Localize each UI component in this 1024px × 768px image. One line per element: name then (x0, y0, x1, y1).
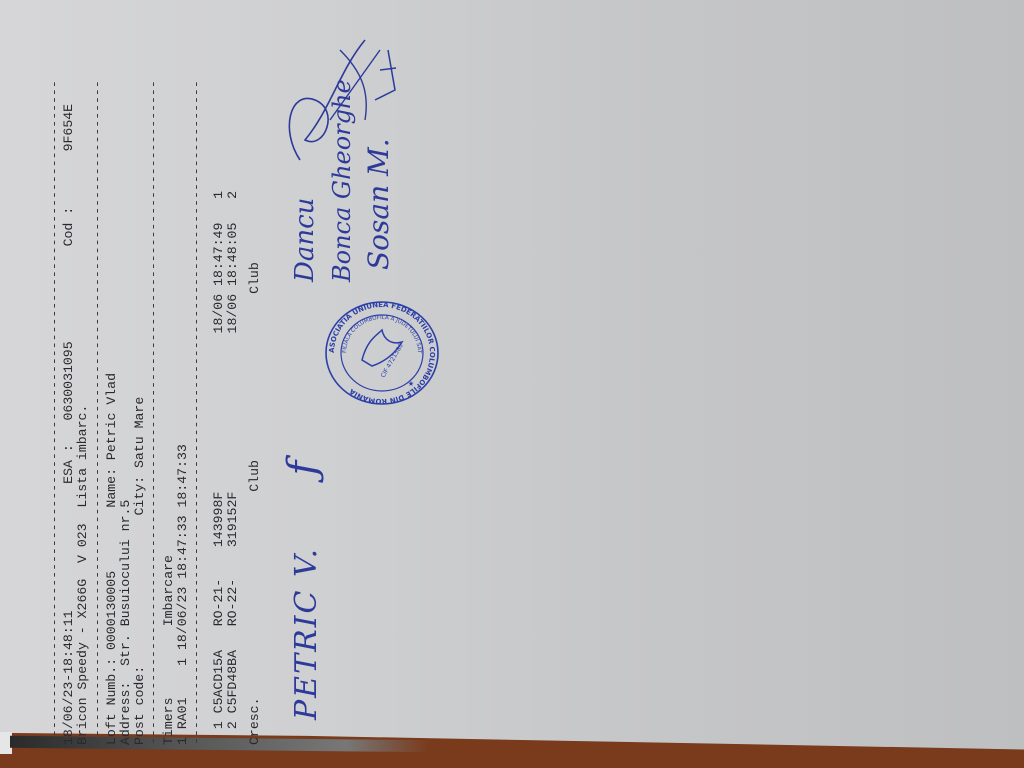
club-signature-1: Dancu (290, 198, 320, 282)
esa-value: 0630031095 (62, 341, 76, 420)
divider: ----------------------------------------… (91, 15, 105, 745)
timer-id: RA01 (176, 698, 190, 730)
timer-row: 1 RA01 1 18/06/23 18:47:33 18:47:33 (176, 15, 190, 745)
header-row-1: 18/06/23-18:48:11 ESA : 0630031095 Cod :… (62, 15, 76, 745)
bird-order: 1 (212, 191, 226, 199)
star-icon: ★ (408, 379, 414, 390)
bird-time: 18:47:49 (212, 223, 226, 286)
club-signature-1-text: Dancu (290, 198, 320, 282)
footer-row: Cresc. Club Club (248, 15, 262, 745)
print-datetime: 18/06/23-18:48:11 (62, 610, 76, 745)
bird-order: 2 (226, 191, 240, 199)
city-value: Satu Mare (133, 397, 147, 468)
bird-chip: C5FD48BA (226, 650, 240, 713)
imbarcare-label: Imbarcare (162, 555, 176, 626)
bird-chip: C5ACD15A (212, 650, 226, 713)
cod-label: Cod : (62, 207, 76, 247)
bird-ring-number: 143998F (212, 492, 226, 547)
loft-label: Loft Numb.: (105, 658, 119, 745)
timer-date: 18/06/23 (176, 587, 190, 650)
divider: ----------------------------------------… (147, 15, 161, 745)
divider: ----------------------------------------… (190, 15, 204, 745)
timer-time2: 18:47:33 (176, 444, 190, 507)
bird-ring-number: 319152F (226, 492, 240, 547)
bird-ring-prefix: RO-22- (226, 579, 240, 626)
city-label: City: (133, 476, 147, 516)
loft-value: 0000130005 (105, 571, 119, 650)
printout-rotated: ----------------------------------------… (48, 15, 288, 745)
association-stamp: ASOCIATIA UNIUNEA FEDERATIILOR COLUMBOFI… (322, 300, 442, 406)
bird-ring-prefix: RO-21- (212, 579, 226, 626)
cresc-label: Cresc. (248, 698, 262, 745)
cod-value: 9F654E (62, 104, 76, 151)
device-name: Bricon Speedy - X266G (76, 579, 90, 745)
club-label-1: Club (248, 460, 262, 492)
bird-date: 18/06 (212, 294, 226, 334)
owner-row-2: Address: Str. Busuiocului nr.5 (119, 15, 133, 745)
address-label: Address: (119, 682, 133, 745)
name-label: Name: (105, 468, 119, 508)
name-value: Petric Vlad (105, 373, 119, 460)
timers-label: Timers (162, 698, 176, 745)
signature-flourish (270, 30, 410, 180)
header-row-2: Bricon Speedy - X266G V 023 Lista imbarc… (76, 15, 90, 745)
bird-row: 1 C5ACD15A RO-21- 143998F 18/06 18:47:49… (212, 15, 226, 745)
timer-count: 1 (176, 658, 190, 666)
club-label-2: Club (248, 262, 262, 294)
timer-time1: 18:47:33 (176, 515, 190, 578)
postcode-label: Post code: (133, 666, 147, 745)
owner-row-1: Loft Numb.: 0000130005 Name: Petric Vlad (105, 15, 119, 745)
timer-index: 1 (176, 737, 190, 745)
timers-header: Timers Imbarcare (162, 15, 176, 745)
breeder-signature: PETRIC V. ƒ (280, 459, 326, 720)
bird-time: 18:48:05 (226, 223, 240, 286)
bird-date: 18/06 (226, 294, 240, 334)
bird-index: 1 (212, 721, 226, 729)
divider: ----------------------------------------… (48, 15, 62, 745)
bird-index: 2 (226, 721, 240, 729)
list-title: Lista imbarc. (76, 405, 90, 508)
esa-label: ESA : (62, 444, 76, 484)
address-value: Str. Busuiocului nr.5 (119, 500, 133, 666)
version: V 023 (76, 523, 90, 563)
breeder-initial-scribble: ƒ (280, 459, 326, 476)
bird-row: 2 C5FD48BA RO-22- 319152F 18/06 18:48:05… (226, 15, 240, 745)
breeder-signature-text: PETRIC V. (289, 547, 324, 720)
owner-row-3: Post code: City: Satu Mare (133, 15, 147, 745)
